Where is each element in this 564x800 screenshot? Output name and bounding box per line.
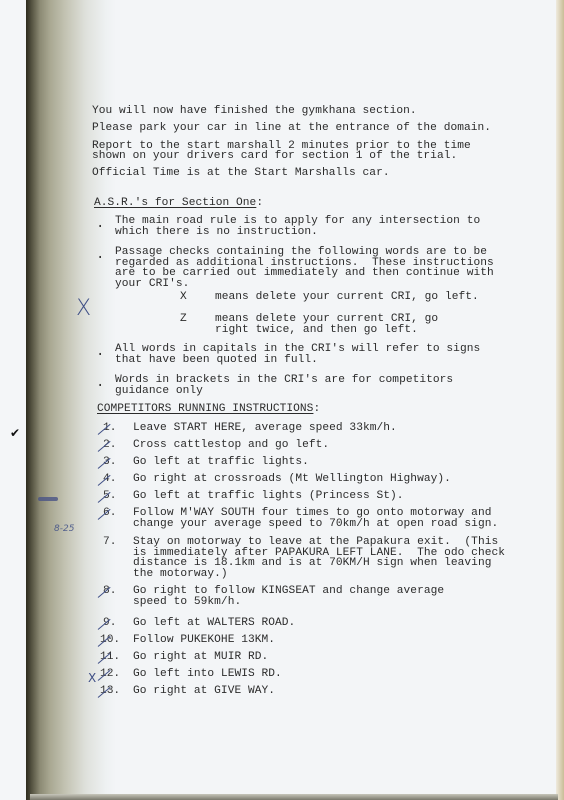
stray-ink-mark: ✔ [10, 428, 20, 438]
handwritten-x-prefix: X [88, 672, 96, 684]
intro-line: You will now have finished the gymkhana … [92, 106, 417, 117]
asr-item-line: that have been quoted in full. [115, 355, 318, 366]
cri-item-line: Go left at traffic lights. [133, 457, 309, 468]
cri-item-line: Follow PUKEKOHE 13KM. [133, 635, 275, 646]
cri-heading: COMPETITORS RUNNING INSTRUCTIONS: [97, 404, 320, 415]
bullet-icon: . [96, 250, 104, 261]
cri-item-line: Cross cattlestop and go left. [133, 440, 329, 451]
cri-item-line: Go left into LEWIS RD. [133, 669, 282, 680]
asr-item-line: your CRI's. [115, 279, 189, 290]
code-meaning: means delete your current CRI, go left. [215, 292, 479, 303]
handwritten-time: 8-25 [54, 525, 74, 534]
code-meaning: right twice, and then go left. [215, 325, 418, 336]
bullet-icon: . [96, 219, 104, 230]
cri-item-line: speed to 59km/h. [133, 597, 241, 608]
cri-item-line: Go right at GIVE WAY. [133, 686, 275, 697]
asr-item-line: guidance only [115, 386, 203, 397]
cri-item-line: change your average speed to 70km/h at o… [133, 519, 498, 530]
asr-heading: A.S.R.'s for Section One: [94, 198, 263, 209]
bullet-icon: . [96, 378, 104, 389]
cri-item-line: Go left at WALTERS ROAD. [133, 618, 295, 629]
page-binding-shadow [26, 0, 116, 800]
cri-item-line: Go left at traffic lights (Princess St). [133, 491, 404, 502]
code-letter: Z [180, 314, 187, 325]
scan-background-left [0, 0, 28, 800]
cri-item-number: 7. [103, 537, 116, 548]
intro-line: Official Time is at the Start Marshalls … [92, 168, 390, 179]
cri-item-line: the motorway.) [133, 569, 228, 580]
handwritten-x-mark: X [76, 299, 91, 319]
page-bottom-edge [30, 794, 558, 800]
bullet-icon: . [96, 347, 104, 358]
cri-item-line: Leave START HERE, average speed 33km/h. [133, 423, 397, 434]
cri-item-line: Go right at MUIR RD. [133, 652, 268, 663]
page-right-edge [556, 0, 564, 800]
asr-item-line: which there is no instruction. [115, 227, 318, 238]
intro-line: Please park your car in line at the entr… [92, 123, 491, 134]
intro-line: shown on your drivers card for section 1… [92, 151, 457, 162]
code-letter: X [180, 292, 187, 303]
cri-item-line: Go right at crossroads (Mt Wellington Hi… [133, 474, 451, 485]
handwritten-scribble [38, 497, 58, 501]
